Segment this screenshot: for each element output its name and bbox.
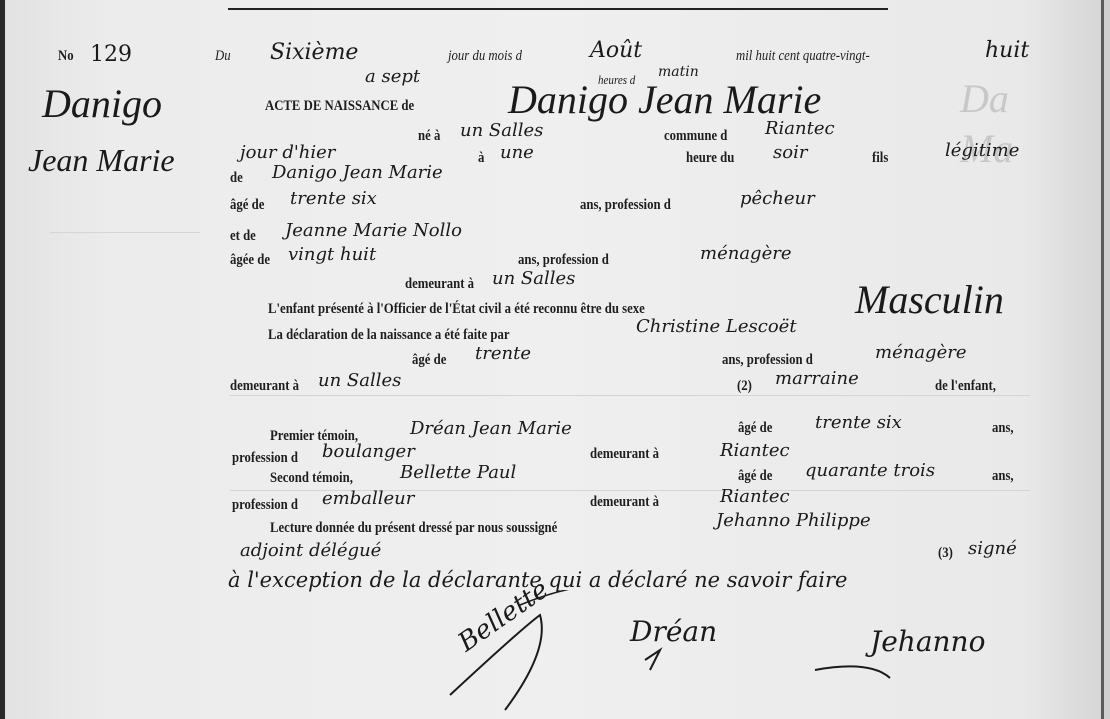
label-ans-witness1: ans, [992, 420, 1014, 437]
label-profession-father: ans, profession d [580, 197, 671, 214]
acte-title: ACTE DE NAISSANCE de [265, 98, 414, 115]
hw-birth-place: un Salles [460, 120, 543, 141]
hw-hour: a sept [365, 66, 420, 87]
hw-witness2-name: Bellette Paul [400, 462, 516, 483]
label-age-de-witness2: âgé de [738, 468, 772, 485]
hw-witness2-profession: emballeur [322, 488, 414, 509]
hw-month: Août [590, 38, 642, 63]
hw-birth-day: jour d'hier [240, 142, 335, 163]
hw-officer-title: adjoint délégué [240, 540, 381, 561]
hw-declarant-age: trente [475, 343, 531, 364]
record-number: 129 [90, 42, 132, 67]
label-jour-du-mois: jour du mois d [448, 48, 522, 65]
label-demeurant-witness1: demeurant à [590, 446, 659, 463]
page-binding-edge [0, 0, 5, 719]
top-rule [228, 8, 888, 10]
hw-witness1-residence: Riantec [720, 440, 790, 461]
label-lecture: Lecture donnée du présent dressé par nou… [270, 520, 557, 537]
label-de: de [230, 170, 243, 187]
hw-father-profession: pêcheur [740, 188, 815, 209]
margin-given-names: Jean Marie [28, 142, 175, 179]
hw-declarant-profession: ménagère [875, 342, 966, 363]
note-3: (3) [938, 545, 953, 562]
hw-commune: Riantec [765, 118, 835, 139]
label-age-de-declarant: âgé de [412, 352, 446, 369]
hw-witness1-age: trente six [815, 412, 902, 433]
hw-mother-age: vingt huit [288, 244, 376, 265]
label-heure-du: heure du [686, 150, 734, 167]
hw-declarant: Christine Lescoët [636, 316, 797, 337]
label-demeurant-declarant: demeurant à [230, 378, 299, 395]
label-declaration: La déclaration de la naissance a été fai… [268, 327, 510, 344]
hw-father: Danigo Jean Marie [272, 162, 443, 183]
hw-father-age: trente six [290, 188, 377, 209]
label-demeurant-witness2: demeurant à [590, 494, 659, 511]
label-second-temoin: Second témoin, [270, 470, 353, 487]
hw-declarant-role: marraine [775, 368, 859, 389]
hw-sex: Masculin [855, 276, 1004, 323]
label-profession-witness1: profession d [232, 450, 298, 467]
label-profession-mother: ans, profession d [518, 252, 609, 269]
label-age-de-witness1: âgé de [738, 420, 772, 437]
hw-child-name: Danigo Jean Marie [508, 76, 821, 123]
guide-line [230, 395, 1030, 396]
note-2: (2) [737, 378, 752, 395]
hw-residence: un Salles [492, 268, 575, 289]
label-du: Du [215, 48, 231, 65]
hw-witness1-name: Dréan Jean Marie [410, 418, 572, 439]
label-age-de-father: âgé de [230, 197, 264, 214]
hw-mother: Jeanne Marie Nollo [285, 220, 462, 241]
document-scan: Da Ma No 129 Du Sixième jour du mois d A… [0, 0, 1110, 719]
label-profession-declarant: ans, profession d [722, 352, 813, 369]
hw-witness2-residence: Riantec [720, 486, 790, 507]
label-mil-huit-cent: mil huit cent quatre-vingt- [736, 48, 870, 65]
label-et-de: et de [230, 228, 256, 245]
label-ans-witness2: ans, [992, 468, 1014, 485]
hw-mother-profession: ménagère [700, 243, 791, 264]
hw-witness2-age: quarante trois [805, 460, 935, 481]
bleed-through-text: Da [960, 75, 1009, 122]
hw-legitimacy: légitime [945, 140, 1019, 161]
label-a: à [478, 150, 484, 167]
label-ne-a: né à [418, 128, 440, 145]
hw-witness1-profession: boulanger [322, 441, 415, 462]
hw-day: Sixième [270, 40, 358, 65]
label-fils: fils [872, 150, 888, 167]
margin-surname: Danigo [42, 80, 162, 127]
hw-year: huit [985, 38, 1029, 63]
hw-birth-period: soir [773, 142, 807, 163]
label-profession-witness2: profession d [232, 497, 298, 514]
label-agee-de: âgée de [230, 252, 270, 269]
hw-officer: Jehanno Philippe [716, 510, 871, 531]
hw-birth-hour: une [500, 142, 534, 163]
label-enfant-presente: L'enfant présenté à l'Officier de l'État… [268, 301, 645, 318]
label-commune: commune d [664, 128, 727, 145]
label-demeurant-parents: demeurant à [405, 276, 474, 293]
hw-declarant-residence: un Salles [318, 370, 401, 391]
guide-line [50, 232, 200, 233]
label-de-l-enfant: de l'enfant, [935, 378, 996, 395]
signature-flourishes [400, 590, 1110, 719]
hw-signed: signé [968, 538, 1017, 559]
record-number-label: No [58, 48, 74, 65]
